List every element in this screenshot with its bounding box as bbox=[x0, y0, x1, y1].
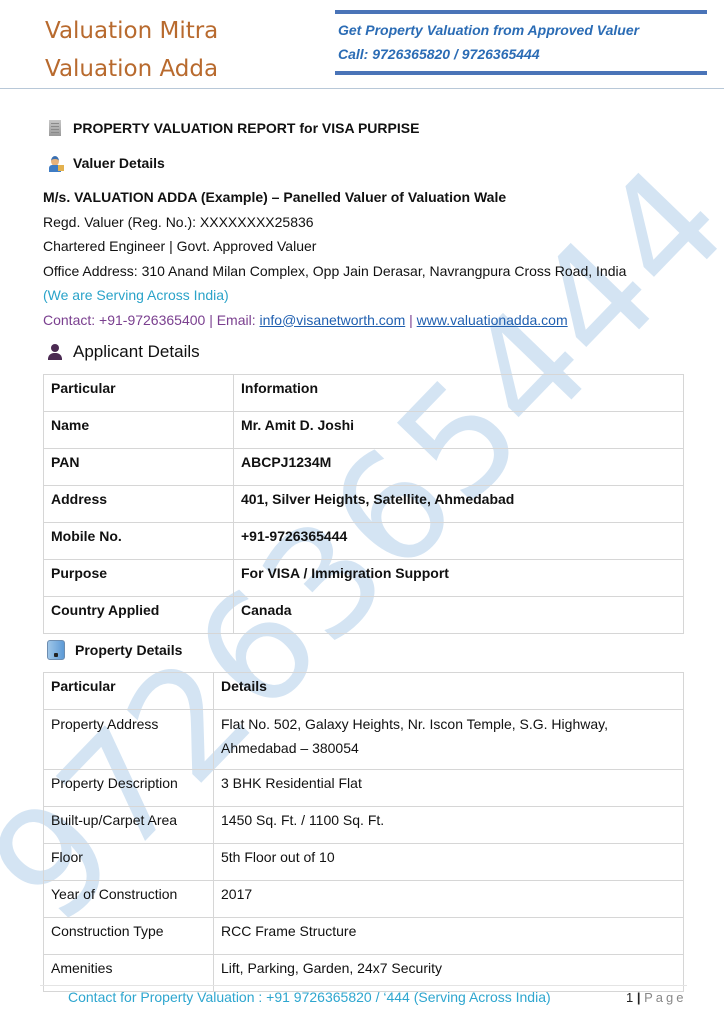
report-body: PROPERTY VALUATION REPORT for VISA PURPI… bbox=[43, 115, 685, 992]
report-title: PROPERTY VALUATION REPORT for VISA PURPI… bbox=[43, 115, 685, 141]
field-value: ABCPJ1234M bbox=[234, 449, 684, 486]
valuer-details-heading: Valuer Details bbox=[43, 151, 685, 175]
property-row: Built-up/Carpet Area1450 Sq. Ft. / 1100 … bbox=[44, 807, 684, 844]
field-label: Mobile No. bbox=[44, 523, 234, 560]
field-label: Floor bbox=[44, 844, 214, 881]
property-row: Floor5th Floor out of 10 bbox=[44, 844, 684, 881]
brand-line-2: Valuation Adda bbox=[45, 50, 218, 88]
email-link[interactable]: info@visanetworth.com bbox=[260, 312, 406, 328]
column-header: Particular bbox=[44, 375, 234, 412]
footer-contact: Contact for Property Valuation : +91 972… bbox=[68, 989, 551, 1005]
page-header: Valuation Mitra Valuation Adda Get Prope… bbox=[0, 0, 724, 90]
field-label: Country Applied bbox=[44, 597, 234, 634]
applicant-table: ParticularInformationNameMr. Amit D. Jos… bbox=[43, 374, 684, 634]
page-footer: Contact for Property Valuation : +91 972… bbox=[40, 985, 687, 986]
valuer-reg-no: Regd. Valuer (Reg. No.): XXXXXXXX25836 bbox=[43, 210, 685, 235]
tagline-bottom-rule bbox=[335, 71, 707, 75]
property-row: Property AddressFlat No. 502, Galaxy Hei… bbox=[44, 710, 684, 770]
field-label: Year of Construction bbox=[44, 881, 214, 918]
field-value: +91-9726365444 bbox=[234, 523, 684, 560]
field-value: Flat No. 502, Galaxy Heights, Nr. Iscon … bbox=[214, 710, 684, 770]
brand-line-1: Valuation Mitra bbox=[45, 12, 218, 50]
column-header: Particular bbox=[44, 673, 214, 710]
field-label: Address bbox=[44, 486, 234, 523]
tagline-box: Get Property Valuation from Approved Val… bbox=[335, 10, 707, 75]
serving-note: (We are Serving Across India) bbox=[43, 283, 685, 308]
field-label: Construction Type bbox=[44, 918, 214, 955]
website-link[interactable]: www.valuationadda.com bbox=[417, 312, 568, 328]
field-value: Mr. Amit D. Joshi bbox=[234, 412, 684, 449]
property-row: Year of Construction2017 bbox=[44, 881, 684, 918]
mobile-phone-icon bbox=[47, 640, 65, 660]
property-row: Property Description3 BHK Residential Fl… bbox=[44, 770, 684, 807]
applicant-row: NameMr. Amit D. Joshi bbox=[44, 412, 684, 449]
applicant-row: Address401, Silver Heights, Satellite, A… bbox=[44, 486, 684, 523]
contact-line: Contact: +91-9726365400 | Email: info@vi… bbox=[43, 308, 685, 333]
table-header-row: ParticularInformation bbox=[44, 375, 684, 412]
field-value: 3 BHK Residential Flat bbox=[214, 770, 684, 807]
field-value: RCC Frame Structure bbox=[214, 918, 684, 955]
valuer-qualification: Chartered Engineer | Govt. Approved Valu… bbox=[43, 234, 685, 259]
applicant-details-heading: Applicant Details bbox=[43, 340, 685, 364]
worker-icon bbox=[47, 155, 63, 171]
field-value: 1450 Sq. Ft. / 1100 Sq. Ft. bbox=[214, 807, 684, 844]
field-label: Purpose bbox=[44, 560, 234, 597]
office-address: Office Address: 310 Anand Milan Complex,… bbox=[43, 259, 685, 284]
column-header: Details bbox=[214, 673, 684, 710]
brand-logo-text: Valuation Mitra Valuation Adda bbox=[45, 12, 218, 88]
column-header: Information bbox=[234, 375, 684, 412]
document-icon bbox=[49, 120, 61, 136]
call-numbers: Call: 9726365820 / 9726365444 bbox=[335, 42, 707, 66]
field-value: Canada bbox=[234, 597, 684, 634]
property-details-heading: Property Details bbox=[43, 638, 685, 662]
field-label: Property Address bbox=[44, 710, 214, 770]
header-divider bbox=[0, 88, 724, 89]
property-row: Construction TypeRCC Frame Structure bbox=[44, 918, 684, 955]
field-label: Built-up/Carpet Area bbox=[44, 807, 214, 844]
tagline: Get Property Valuation from Approved Val… bbox=[335, 18, 707, 42]
field-label: Name bbox=[44, 412, 234, 449]
applicant-row: PurposeFor VISA / Immigration Support bbox=[44, 560, 684, 597]
field-label: Property Description bbox=[44, 770, 214, 807]
valuer-info: M/s. VALUATION ADDA (Example) – Panelled… bbox=[43, 185, 685, 332]
person-icon bbox=[47, 344, 63, 360]
page-number: 1 | Page bbox=[626, 990, 686, 1005]
table-header-row: ParticularDetails bbox=[44, 673, 684, 710]
applicant-row: PANABCPJ1234M bbox=[44, 449, 684, 486]
property-table: ParticularDetailsProperty AddressFlat No… bbox=[43, 672, 684, 992]
field-value: 2017 bbox=[214, 881, 684, 918]
applicant-row: Country AppliedCanada bbox=[44, 597, 684, 634]
field-value: For VISA / Immigration Support bbox=[234, 560, 684, 597]
field-value: 5th Floor out of 10 bbox=[214, 844, 684, 881]
applicant-row: Mobile No.+91-9726365444 bbox=[44, 523, 684, 560]
report-title-text: PROPERTY VALUATION REPORT for VISA PURPI… bbox=[73, 120, 419, 136]
field-value: 401, Silver Heights, Satellite, Ahmedaba… bbox=[234, 486, 684, 523]
valuer-firm: M/s. VALUATION ADDA (Example) – Panelled… bbox=[43, 185, 685, 210]
field-label: PAN bbox=[44, 449, 234, 486]
